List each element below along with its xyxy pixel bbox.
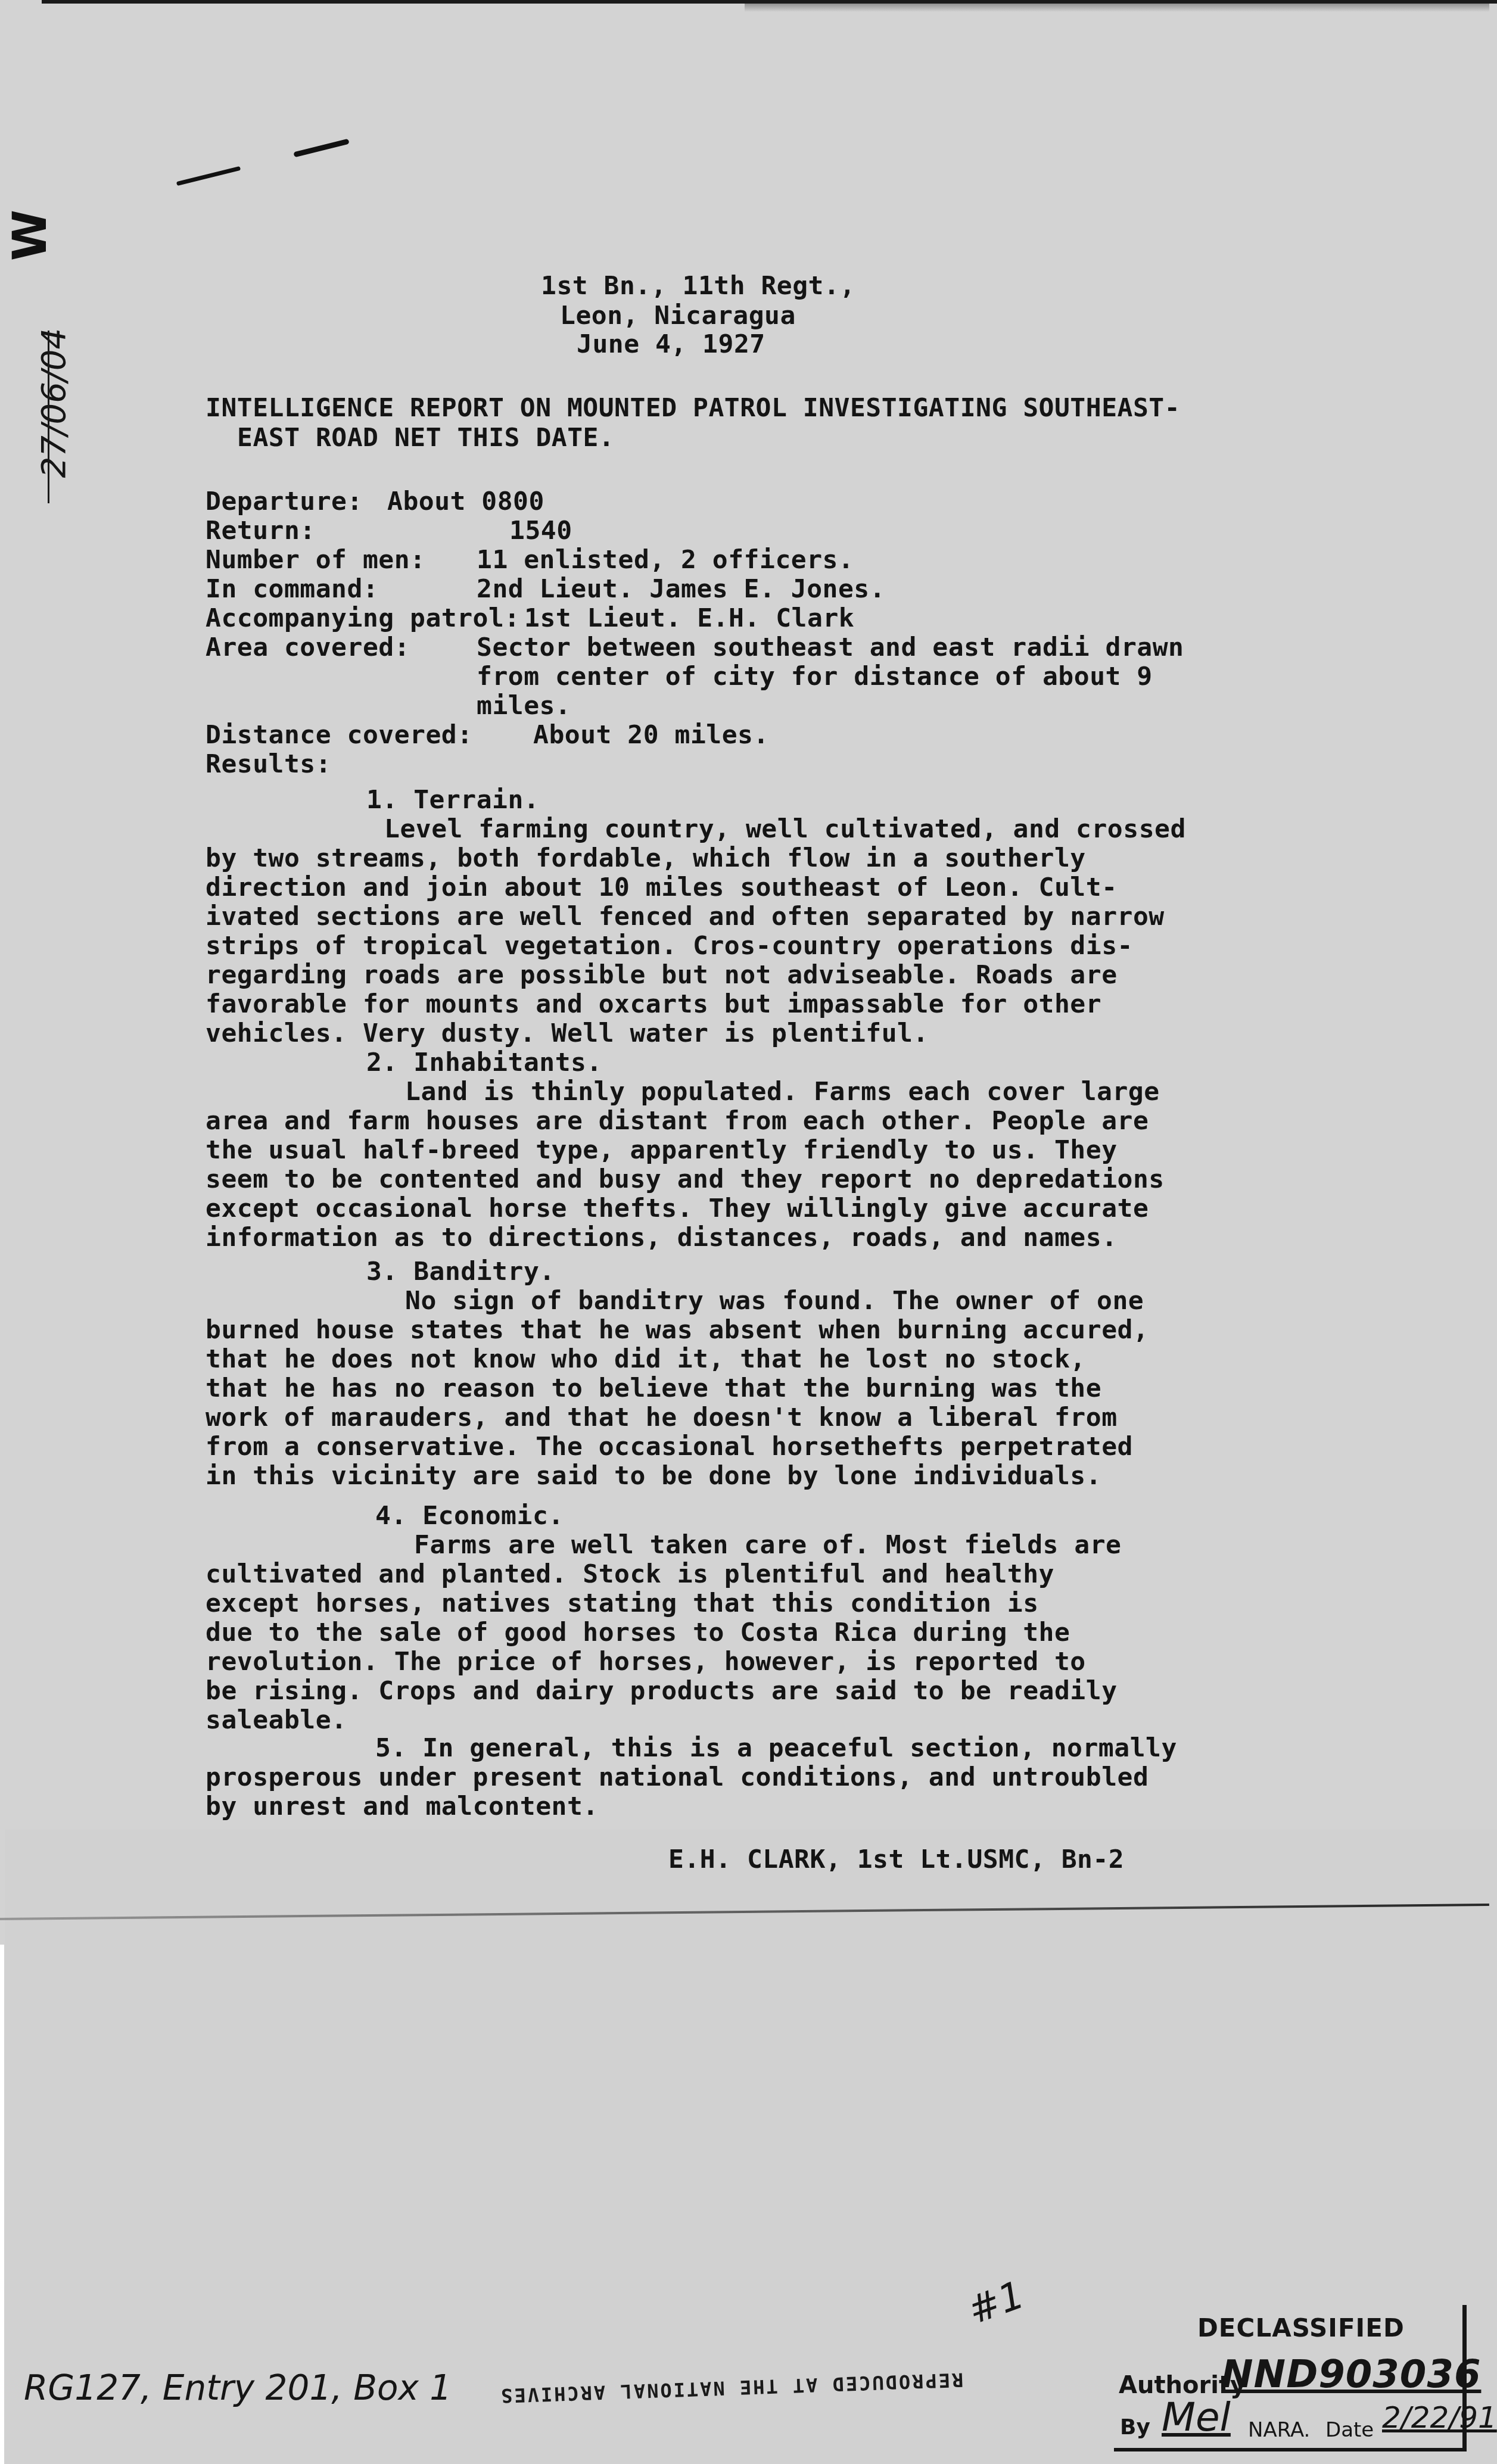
paragraph-line: No sign of banditry was found. The owner… xyxy=(405,1286,1144,1316)
paragraph-line: by two streams, both fordable, which flo… xyxy=(206,843,1086,873)
paragraph-line: burned house states that he was absent w… xyxy=(206,1315,1149,1345)
field-area-value-cont: miles. xyxy=(477,691,571,721)
field-departure-value: About 0800 xyxy=(387,487,544,516)
field-command-value: 2nd Lieut. James E. Jones. xyxy=(477,574,885,604)
paragraph-line: seem to be contented and busy and they r… xyxy=(206,1164,1165,1194)
pen-stroke-mark xyxy=(176,166,241,186)
section-heading: 2. Inhabitants. xyxy=(366,1048,602,1077)
field-return-label: Return: xyxy=(206,516,316,546)
stamp-by-label: By xyxy=(1120,2415,1150,2440)
stamp-title: DECLASSIFIED xyxy=(1197,2313,1405,2342)
field-men-value: 11 enlisted, 2 officers. xyxy=(477,545,854,575)
stamp-agency: NARA. xyxy=(1248,2418,1310,2442)
field-area-label: Area covered: xyxy=(206,633,410,662)
letterhead-date: June 4, 1927 xyxy=(577,329,765,359)
paragraph-line: favorable for mounts and oxcarts but imp… xyxy=(206,989,1101,1019)
paragraph-line: regarding roads are possible but not adv… xyxy=(206,960,1118,990)
paragraph-line: from a conservative. The occasional hors… xyxy=(206,1432,1133,1462)
paragraph-line: area and farm houses are distant from ea… xyxy=(206,1106,1149,1136)
scan-smudge xyxy=(745,4,1489,12)
signature-block: E.H. CLARK, 1st Lt.USMC, Bn-2 xyxy=(668,1845,1124,1874)
paragraph-line: be rising. Crops and dairy products are … xyxy=(206,1676,1118,1706)
paragraph-line: due to the sale of good horses to Costa … xyxy=(206,1618,1070,1647)
paragraph-line: Farms are well taken care of. Most field… xyxy=(414,1530,1121,1560)
section-heading: 4. Economic. xyxy=(375,1501,564,1531)
paragraph-line: Land is thinly populated. Farms each cov… xyxy=(405,1077,1160,1107)
record-reference: RG127, Entry 201, Box 1 xyxy=(24,2368,452,2408)
paragraph-line: 5. In general, this is a peaceful sectio… xyxy=(375,1733,1177,1763)
field-area-value-cont: from center of city for distance of abou… xyxy=(477,662,1153,691)
paragraph-line: prosperous under present national condit… xyxy=(206,1762,1149,1792)
declassified-stamp: DECLASSIFIED Authority NND903036 By Mel … xyxy=(1114,2305,1467,2451)
paragraph-line: except horses, natives stating that this… xyxy=(206,1588,1039,1618)
stamp-by-value: Mel xyxy=(1162,2394,1231,2440)
paragraph-line: ivated sections are well fenced and ofte… xyxy=(206,902,1165,932)
paragraph-line: direction and join about 10 miles southe… xyxy=(206,873,1118,902)
letterhead-unit: 1st Bn., 11th Regt., xyxy=(541,271,855,301)
field-men-label: Number of men: xyxy=(206,545,425,575)
margin-letter: W xyxy=(4,210,57,261)
scan-left-margin xyxy=(0,1945,4,2464)
section-heading: 3. Banditry. xyxy=(366,1257,555,1286)
report-title-line1: INTELLIGENCE REPORT ON MOUNTED PATROL IN… xyxy=(206,393,1180,423)
field-results-label: Results: xyxy=(206,749,331,779)
field-area-value: Sector between southeast and east radii … xyxy=(477,633,1184,662)
field-command-label: In command: xyxy=(206,574,378,604)
paragraph-line: that he does not know who did it, that h… xyxy=(206,1344,1086,1374)
paragraph-line: vehicles. Very dusty. Well water is plen… xyxy=(206,1018,929,1048)
section-heading: 1. Terrain. xyxy=(366,785,539,815)
paragraph-line: revolution. The price of horses, however… xyxy=(206,1647,1086,1677)
letterhead-location: Leon, Nicaragua xyxy=(560,301,796,331)
margin-date-rule xyxy=(48,331,49,503)
paragraph-line: saleable. xyxy=(206,1705,347,1735)
field-distance-value: About 20 miles. xyxy=(533,720,769,750)
stamp-date-value: 2/22/91 xyxy=(1382,2400,1497,2435)
stamp-date-label: Date xyxy=(1325,2418,1374,2442)
paragraph-line: except occasional horse thefts. They wil… xyxy=(206,1194,1149,1223)
pen-stroke-mark xyxy=(293,139,349,158)
paragraph-line: in this vicinity are said to be done by … xyxy=(206,1461,1101,1491)
paragraph-line: Level farming country, well cultivated, … xyxy=(384,814,1186,844)
field-return-value: 1540 xyxy=(509,516,572,546)
field-accompanying-label: Accompanying patrol: xyxy=(206,603,520,633)
margin-date: 27/06/04 xyxy=(35,300,73,478)
paragraph-line: by unrest and malcontent. xyxy=(206,1792,599,1821)
paragraph-line: strips of tropical vegetation. Cros-coun… xyxy=(206,931,1133,961)
report-title-line2: EAST ROAD NET THIS DATE. xyxy=(237,423,614,453)
paragraph-line: information as to directions, distances,… xyxy=(206,1223,1118,1253)
paragraph-line: the usual half-breed type, apparently fr… xyxy=(206,1135,1118,1165)
stamp-authority-value: NND903036 xyxy=(1221,2353,1481,2397)
field-departure-label: Departure: xyxy=(206,487,363,516)
field-distance-label: Distance covered: xyxy=(206,720,473,750)
field-accompanying-value: 1st Lieut. E.H. Clark xyxy=(524,603,854,633)
paragraph-line: that he has no reason to believe that th… xyxy=(206,1373,1101,1403)
paragraph-line: cultivated and planted. Stock is plentif… xyxy=(206,1559,1054,1589)
paragraph-line: work of marauders, and that he doesn't k… xyxy=(206,1403,1118,1432)
